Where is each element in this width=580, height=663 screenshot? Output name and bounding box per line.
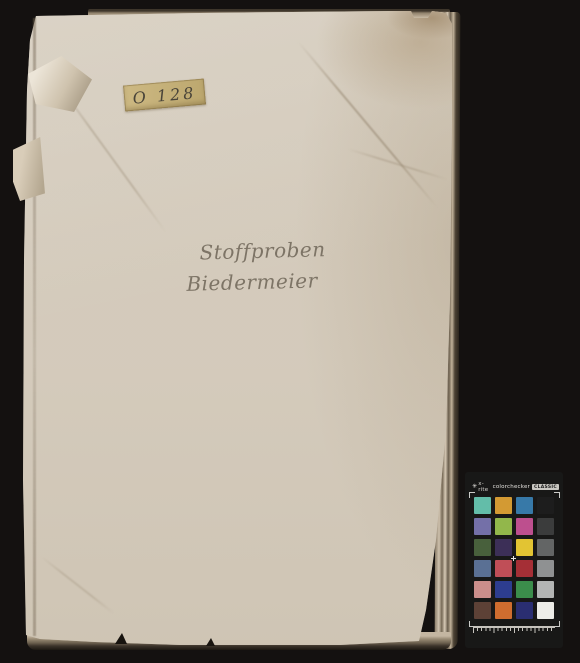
xrite-logo: ✳ x-rite	[472, 481, 493, 493]
corner-bracket-icon	[554, 492, 560, 498]
archive-label-text: O 128	[132, 83, 197, 107]
color-patch-blue-sky	[474, 560, 491, 577]
color-patch-neutral-3-5	[537, 518, 554, 535]
color-patch-cyan	[516, 497, 533, 514]
color-patch-light-skin	[474, 581, 491, 598]
handwriting-line1: Stoffproben	[199, 234, 326, 268]
color-patch-black	[537, 497, 554, 514]
color-patch-purplish-blue	[495, 581, 512, 598]
color-patch-red	[516, 560, 533, 577]
left-fold-crease	[33, 18, 36, 636]
color-patch-neutral-6-5	[537, 560, 554, 577]
colorchecker-title: colorchecker CLASSIC	[493, 484, 559, 490]
xrite-brand-text: x-rite	[478, 481, 492, 493]
bottom-edge-tear	[115, 633, 127, 644]
corner-bracket-icon	[469, 492, 475, 498]
color-checker-header: ✳ x-rite colorchecker CLASSIC	[472, 483, 559, 491]
ruler-scale	[473, 626, 555, 635]
color-patch-green	[516, 581, 533, 598]
color-checker-card: ✳ x-rite colorchecker CLASSIC	[465, 472, 563, 648]
handwriting: Stoffproben Biedermeier	[185, 234, 327, 300]
classic-badge: CLASSIC	[532, 484, 559, 490]
color-patch-blue	[516, 602, 533, 619]
bottom-edge-tear	[206, 638, 215, 646]
xrite-star-icon: ✳	[472, 484, 477, 490]
color-patch-neutral-8	[537, 581, 554, 598]
color-patch-yellow	[516, 539, 533, 556]
color-patch-dark-skin	[474, 602, 491, 619]
photo-stage: O 128 Stoffproben Biedermeier ✳ x-rite c…	[0, 0, 580, 663]
color-patch-yellow-green	[495, 518, 512, 535]
color-patch-purple	[495, 539, 512, 556]
color-patch-orange	[495, 602, 512, 619]
handwriting-line2: Biedermeier	[186, 265, 327, 300]
color-patch-orange-yellow	[495, 497, 512, 514]
color-patch-blue-flower	[474, 518, 491, 535]
color-patch-white	[537, 602, 554, 619]
color-patch-magenta	[516, 518, 533, 535]
color-patch-bluish-green	[474, 497, 491, 514]
colorchecker-wordmark: colorchecker	[493, 484, 530, 490]
color-patch-moderate-red	[495, 560, 512, 577]
center-cross-icon	[511, 556, 516, 561]
color-patch-foliage	[474, 539, 491, 556]
color-patch-neutral-5	[537, 539, 554, 556]
under-sheet-corner-tab	[13, 137, 45, 201]
